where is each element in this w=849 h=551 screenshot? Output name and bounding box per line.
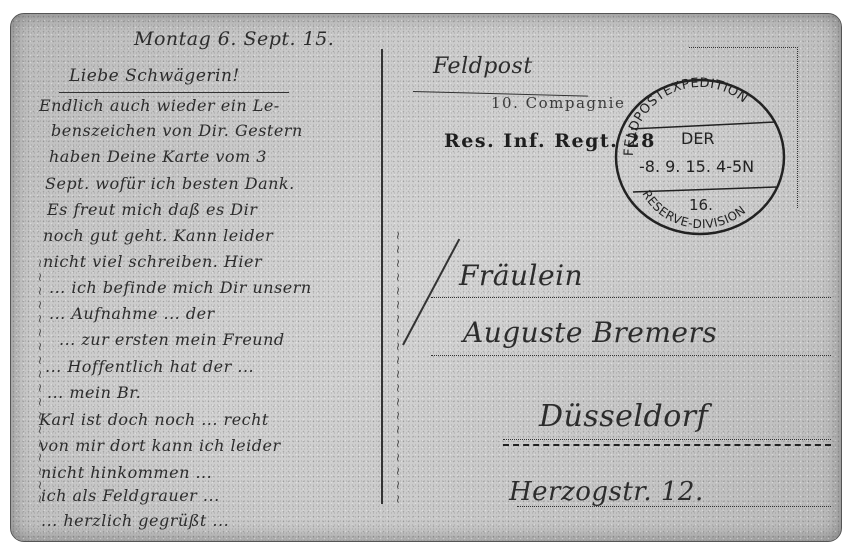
letter-line: ... zur ersten mein Freund (59, 330, 285, 349)
letter-line: Endlich auch wieder ein Le- (39, 96, 280, 115)
letter-line: Karl ist doch noch ... recht (39, 410, 269, 429)
postmark-middle: DER (681, 129, 715, 148)
letter-line: ich als Feldgrauer ... (41, 486, 220, 505)
recipient-street: Herzogstr. 12. (509, 477, 704, 507)
address-line-2 (431, 355, 831, 356)
postmark-date: -8. 9. 15. 4-5N (639, 157, 754, 176)
salutation-underline (59, 92, 289, 93)
letter-line: ... herzlich gegrüßt ... (41, 511, 229, 530)
letter-line: ... Aufnahme ... der (49, 304, 215, 323)
address-line-1 (431, 297, 831, 298)
divider-margin-writing: ~ ~ ~ ~ ~ ~ ~ ~ ~ ~ ~ ~ ~ ~ ~ ~ ~ ~ ~ ~ (391, 230, 405, 504)
card-divider-line (381, 49, 383, 504)
recipient-title: Fräulein (459, 259, 583, 292)
letter-line: ... mein Br. (47, 383, 141, 402)
letter-line: ... Hoffentlich hat der ... (45, 357, 254, 376)
city-underline (503, 444, 831, 446)
letter-line: Sept. wofür ich besten Dank. (45, 174, 295, 193)
letter-line: nicht viel schreiben. Hier (43, 252, 262, 271)
letter-line: benszeichen von Dir. Gestern (51, 121, 303, 140)
unit-stamp-company: 10. Compagnie (491, 94, 625, 112)
address-flourish (402, 239, 460, 346)
left-margin-text: ~ ~ ~ ~ ~ ~ ~ ~ ~ ~ ~ ~ ~ ~ ~ ~ ~ ~ (33, 258, 47, 504)
postmark-number: 16. (689, 196, 713, 214)
address-line-4 (517, 506, 831, 507)
address-line-3 (503, 439, 831, 440)
letter-line: ... ich befinde mich Dir unsern (49, 278, 312, 297)
divider-margin-text: ~ ~ ~ ~ ~ ~ ~ ~ ~ ~ ~ ~ ~ ~ ~ ~ ~ ~ ~ ~ (391, 230, 405, 504)
letter-salutation: Liebe Schwägerin! (69, 66, 240, 86)
letter-line: von mir dort kann ich leider (39, 436, 281, 455)
letter-line: Es freut mich daß es Dir (47, 200, 257, 219)
letter-line: nicht hinkommen ... (41, 463, 212, 482)
postcard: Montag 6. Sept. 15. Liebe Schwägerin! En… (10, 13, 842, 542)
postmark: FELDPOSTEXPEDITION DER -8. 9. 15. 4-5N 1… (611, 74, 786, 236)
feldpost-header: Feldpost (433, 54, 533, 79)
letter-line: noch gut geht. Kann leider (43, 226, 273, 245)
recipient-name: Auguste Bremers (463, 316, 717, 349)
letter-line: haben Deine Karte vom 3 (49, 147, 267, 166)
letter-date: Montag 6. Sept. 15. (134, 28, 334, 50)
recipient-city: Düsseldorf (539, 399, 708, 434)
left-margin-writing: ~ ~ ~ ~ ~ ~ ~ ~ ~ ~ ~ ~ ~ ~ ~ ~ ~ ~ (33, 258, 47, 504)
